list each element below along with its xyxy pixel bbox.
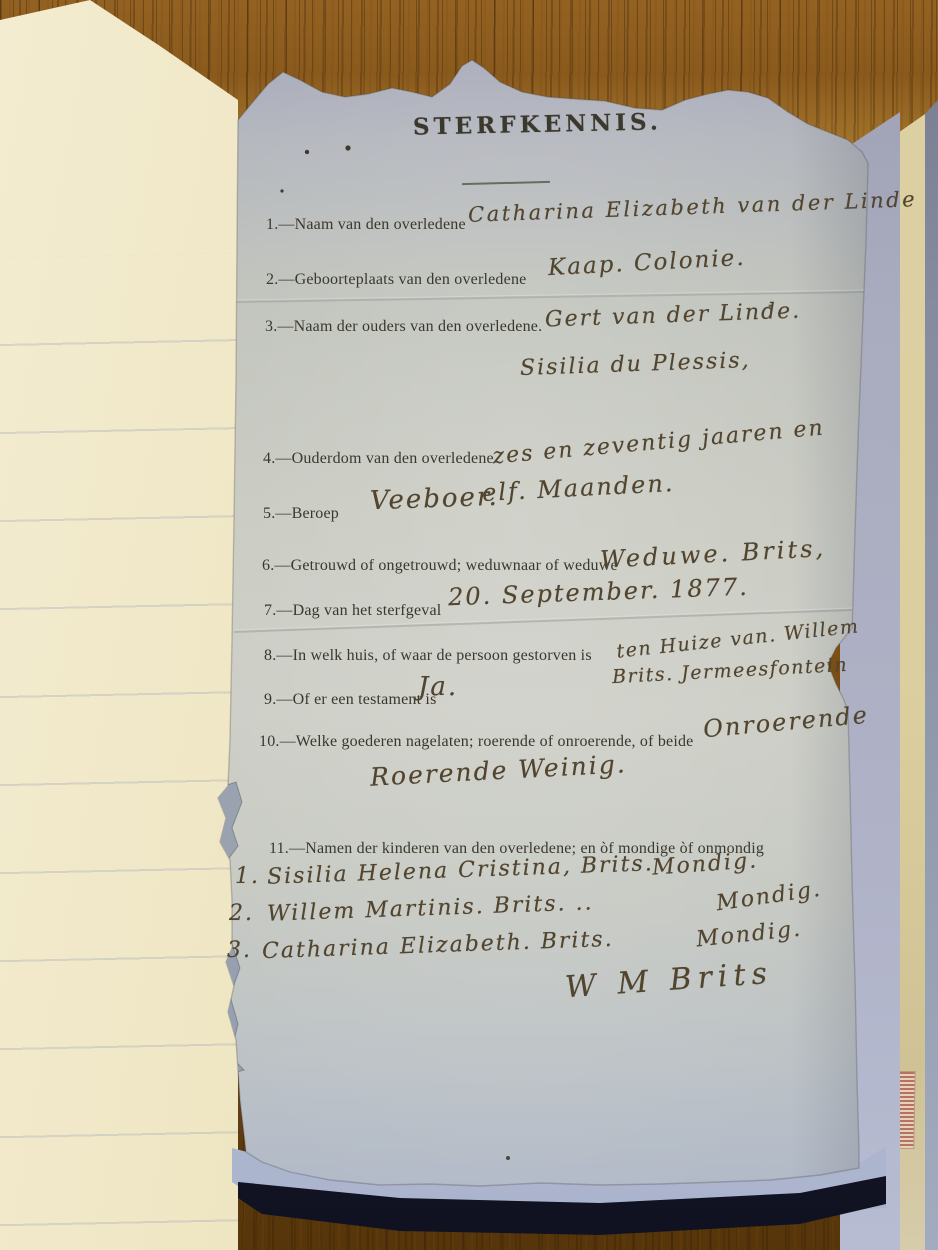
photo-of-death-notice: STERFKENNIS. 1.—Naam van den overledene …: [0, 0, 938, 1250]
field-6-label: 6.—Getrouwd of ongetrouwd; weduwnaar of …: [262, 557, 618, 575]
child-3-number: 3.: [227, 938, 252, 963]
field-4-label: 4.—Ouderdom van den overledene: [263, 450, 494, 468]
field-1-label: 1.—Naam van den overledene: [266, 216, 466, 234]
field-5-label: 5.—Beroep: [263, 505, 339, 523]
field-8-label: 8.—In welk huis, of waar de persoon gest…: [264, 647, 592, 665]
field-7-label: 7.—Dag van het sterfgeval: [264, 602, 441, 620]
child-2-number: 2.: [229, 901, 254, 926]
field-3-label: 3.—Naam der ouders van den overledene.: [265, 318, 542, 336]
field-9-label: 9.—Of er een testament is: [264, 691, 437, 709]
form-title: STERFKENNIS.: [413, 108, 662, 140]
field-10-label: 10.—Welke goederen nagelaten; roerende o…: [259, 733, 693, 751]
field-9-answer: Ja.: [418, 672, 458, 702]
field-5-answer: Veeboer.: [370, 482, 500, 516]
child-1-number: 1.: [235, 864, 260, 889]
field-2-label: 2.—Geboorteplaats van den overledene: [266, 271, 526, 289]
